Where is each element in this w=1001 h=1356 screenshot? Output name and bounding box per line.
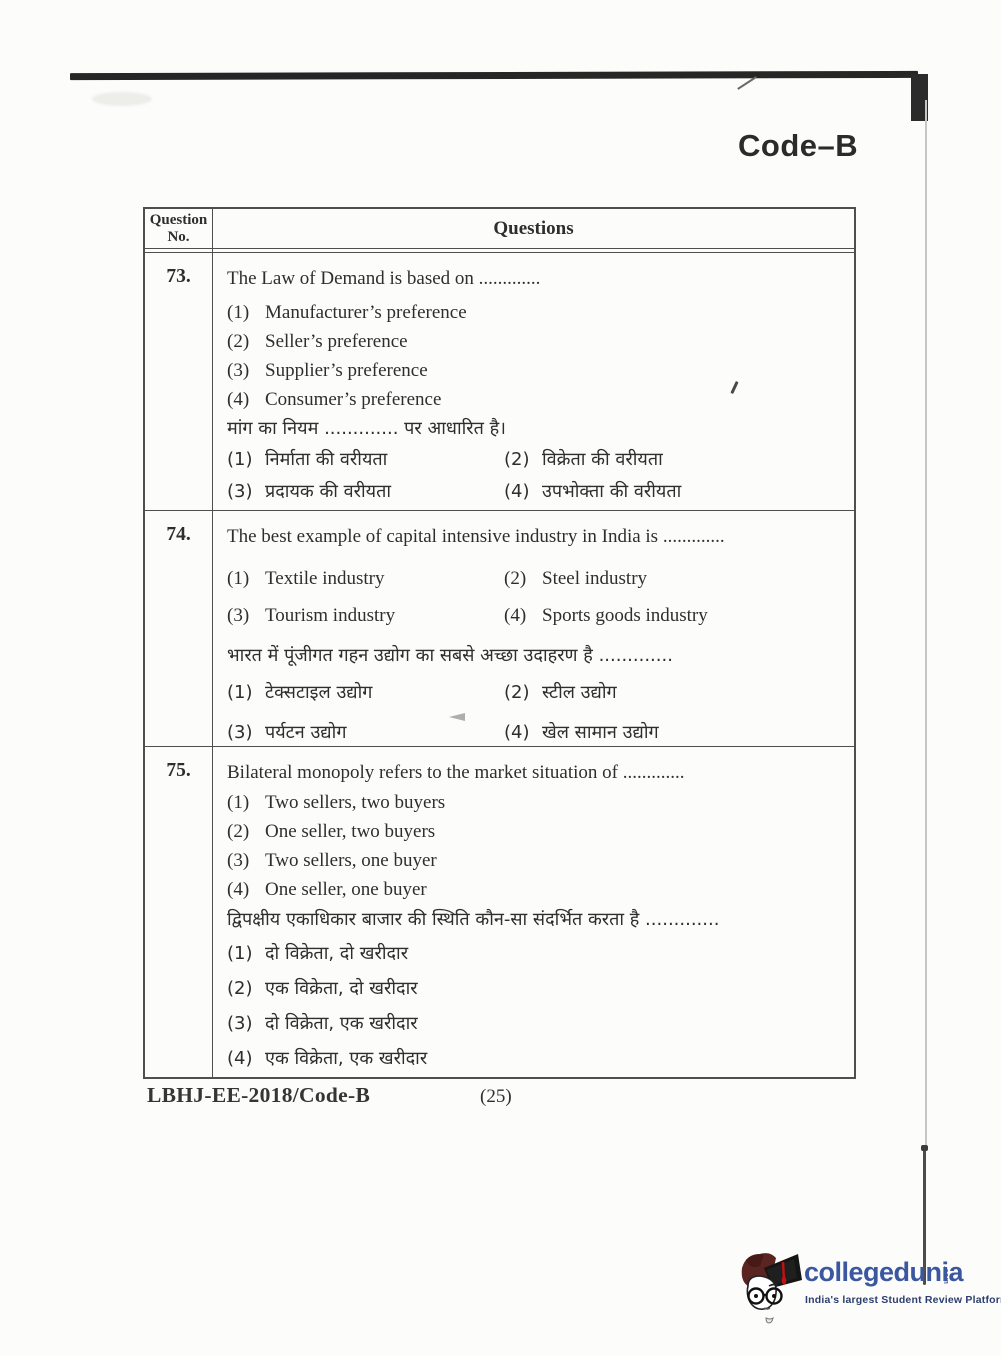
scan-top-edge-bar (70, 71, 918, 80)
page-edge-line (925, 100, 927, 1145)
question-row-73: 73. The Law of Demand is based on ......… (145, 253, 854, 511)
question-number: 74. (145, 511, 213, 746)
option-number: (1) (227, 673, 265, 713)
table-header-question-no: Question No. (145, 209, 213, 248)
question-content: The best example of capital intensive in… (213, 511, 854, 746)
header-qno-line2: No. (145, 229, 212, 246)
options-en: (1)Textile industry (2)Steel industry (3… (227, 560, 844, 634)
option-number: (3) (227, 1006, 265, 1041)
options-en: (1)Manufacturer’s preference (2)Seller’s… (227, 298, 844, 414)
option-text: Sports goods industry (542, 597, 708, 634)
question-text-en: Bilateral monopoly refers to the market … (227, 758, 844, 788)
brand-wordmark: collegedunia (804, 1257, 963, 1288)
options-hi: (1)निर्माता की वरीयता (2)विक्रेता की वरी… (227, 444, 844, 508)
option-text: Seller’s preference (265, 327, 408, 356)
option-number: (2) (504, 560, 542, 597)
option-number: (4) (227, 1041, 265, 1076)
question-number: 73. (145, 253, 213, 510)
option-number: (3) (227, 846, 265, 875)
option-number: (2) (504, 673, 542, 713)
option-number: (2) (227, 327, 265, 356)
option: (1)निर्माता की वरीयता (227, 444, 504, 476)
exam-scan-page: Code–B Question No. Questions 73. The La… (0, 0, 1001, 1356)
option: (1)Manufacturer’s preference (227, 298, 844, 327)
option: (1)टेक्सटाइल उद्योग (227, 673, 504, 713)
option-text: दो विक्रेता, दो खरीदार (265, 936, 408, 971)
option-text: One seller, two buyers (265, 817, 435, 846)
footer-paper-code: LBHJ-EE-2018/Code-B (147, 1083, 370, 1108)
option: (4)Sports goods industry (504, 597, 844, 634)
question-content: The Law of Demand is based on ..........… (213, 253, 854, 510)
option-text: Two sellers, one buyer (265, 846, 437, 875)
option: (2)One seller, two buyers (227, 817, 844, 846)
question-row-74: 74. The best example of capital intensiv… (145, 511, 854, 747)
option-number: (1) (227, 560, 265, 597)
option: (3)Supplier’s preference (227, 356, 844, 385)
option: (2)स्टील उद्योग (504, 673, 844, 713)
option: (4)Consumer’s preference (227, 385, 844, 414)
option-text: Two sellers, two buyers (265, 788, 445, 817)
collegedunia-logo: collegedunia .com India's largest Studen… (736, 1244, 998, 1328)
option: (2)Seller’s preference (227, 327, 844, 356)
option: (2)विक्रेता की वरीयता (504, 444, 844, 476)
option-text: Supplier’s preference (265, 356, 428, 385)
option: (4)एक विक्रेता, एक खरीदार (227, 1041, 844, 1076)
option: (3)Two sellers, one buyer (227, 846, 844, 875)
options-hi: (1)टेक्सटाइल उद्योग (2)स्टील उद्योग (3)प… (227, 673, 844, 753)
question-text-hi: भारत में पूंजीगत गहन उद्योग का सबसे अच्छ… (227, 638, 844, 673)
options-en: (1)Two sellers, two buyers (2)One seller… (227, 788, 844, 904)
option-text: विक्रेता की वरीयता (542, 444, 663, 476)
option-number: (4) (504, 597, 542, 634)
option-number: (4) (504, 476, 542, 508)
option: (1)दो विक्रेता, दो खरीदार (227, 936, 844, 971)
option-number: (4) (227, 385, 265, 414)
option-text: निर्माता की वरीयता (265, 444, 387, 476)
option-number: (1) (227, 444, 265, 476)
option-number: (2) (227, 971, 265, 1006)
option-text: Tourism industry (265, 597, 395, 634)
options-hi: (1)दो विक्रेता, दो खरीदार (2)एक विक्रेता… (227, 936, 844, 1076)
option-number: (4) (227, 875, 265, 904)
question-text-en: The Law of Demand is based on ..........… (227, 264, 844, 294)
question-text-hi: द्विपक्षीय एकाधिकार बाजार की स्थिति कौन-… (227, 904, 844, 936)
question-text-en: The best example of capital intensive in… (227, 522, 844, 552)
option-text: स्टील उद्योग (542, 673, 617, 713)
brand-tagline: India's largest Student Review Platform (805, 1294, 1001, 1306)
option-text: प्रदायक की वरीयता (265, 476, 391, 508)
option-text: One seller, one buyer (265, 875, 427, 904)
option-text: Consumer’s preference (265, 385, 441, 414)
option-text: Manufacturer’s preference (265, 298, 467, 327)
option-number: (2) (504, 444, 542, 476)
table-header-row: Question No. Questions (145, 209, 854, 249)
option-text: उपभोक्ता की वरीयता (542, 476, 681, 508)
option-number: (2) (227, 817, 265, 846)
option: (3)Tourism industry (227, 597, 504, 634)
question-content: Bilateral monopoly refers to the market … (213, 747, 854, 1077)
option: (2)एक विक्रेता, दो खरीदार (227, 971, 844, 1006)
footer-page-number: (25) (480, 1086, 512, 1108)
question-text-hi: मांग का नियम ............. पर आधारित है। (227, 414, 844, 444)
option-text: एक विक्रेता, एक खरीदार (265, 1041, 427, 1076)
option-number: (3) (227, 476, 265, 508)
option-number: (3) (227, 356, 265, 385)
option: (4)One seller, one buyer (227, 875, 844, 904)
scan-smudge (92, 92, 152, 106)
option-text: टेक्सटाइल उद्योग (265, 673, 372, 713)
paper-code-label: Code–B (738, 128, 858, 164)
question-table: Question No. Questions 73. The Law of De… (143, 207, 856, 1079)
option-text: Textile industry (265, 560, 385, 597)
brand-domain-suffix: .com (942, 1266, 949, 1284)
question-row-75: 75. Bilateral monopoly refers to the mar… (145, 747, 854, 1077)
option: (3)दो विक्रेता, एक खरीदार (227, 1006, 844, 1041)
option-number: (1) (227, 788, 265, 817)
option-number: (1) (227, 298, 265, 327)
option-number: (3) (227, 597, 265, 634)
option: (1)Textile industry (227, 560, 504, 597)
option: (2)Steel industry (504, 560, 844, 597)
mascot-graduate-icon (736, 1246, 802, 1326)
table-header-questions: Questions (213, 209, 854, 248)
option-text: Steel industry (542, 560, 647, 597)
option: (1)Two sellers, two buyers (227, 788, 844, 817)
option: (4)उपभोक्ता की वरीयता (504, 476, 844, 508)
question-number: 75. (145, 747, 213, 1077)
option-text: दो विक्रेता, एक खरीदार (265, 1006, 418, 1041)
option-text: एक विक्रेता, दो खरीदार (265, 971, 418, 1006)
option: (3)प्रदायक की वरीयता (227, 476, 504, 508)
option-number: (1) (227, 936, 265, 971)
header-qno-line1: Question (145, 212, 212, 229)
